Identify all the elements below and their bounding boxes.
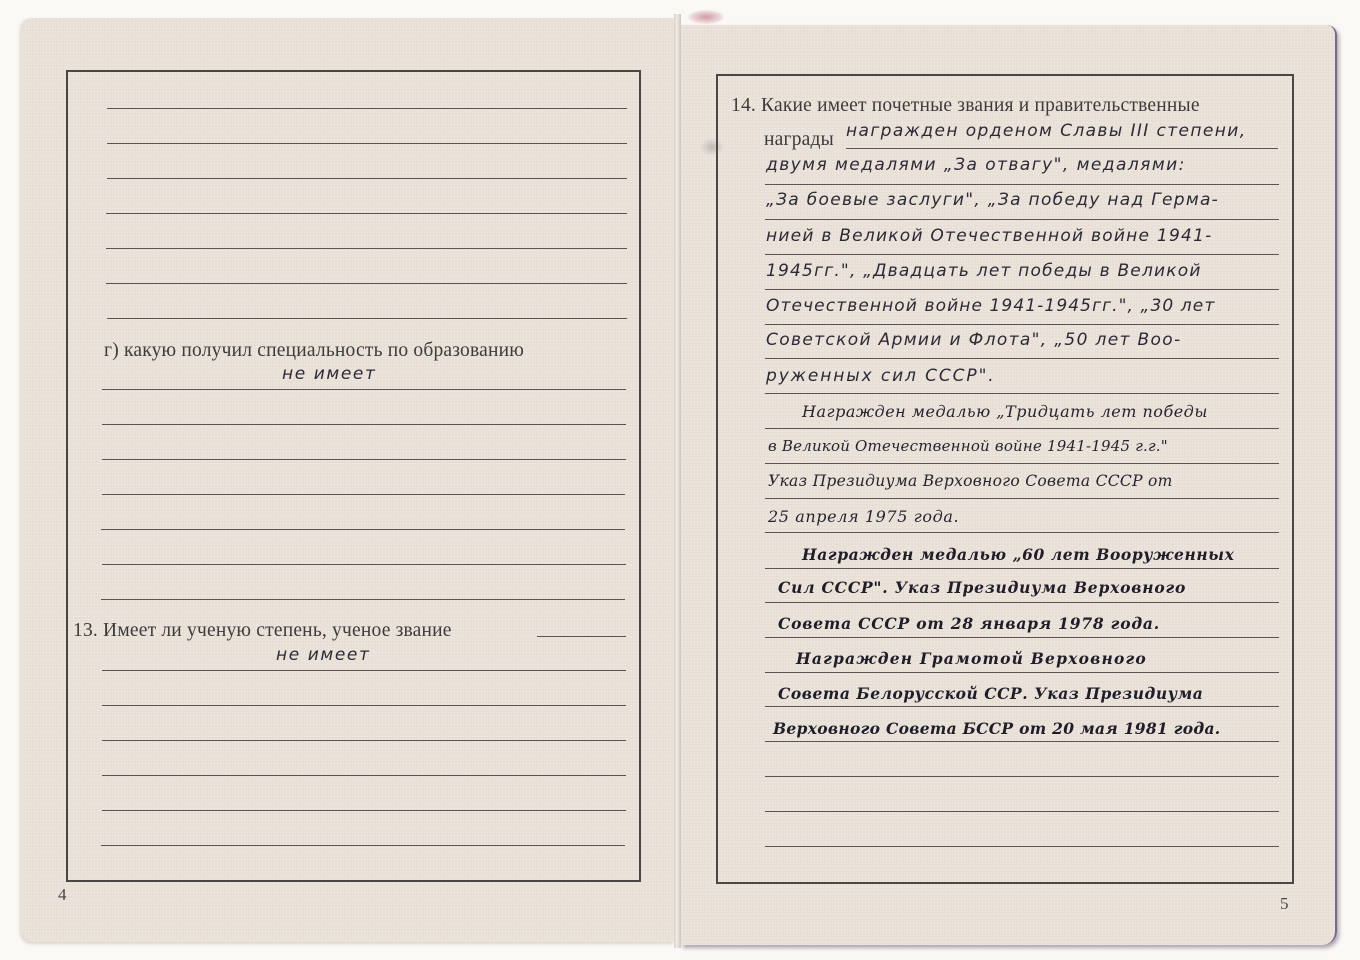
blank-rule [101,599,625,600]
answer-line: Награжден медалью „Тридцать лет победы [802,402,1208,421]
blank-rule [107,318,627,319]
answer-line: в Великой Отечественной войне 1941-1945 … [768,437,1168,455]
answer-rule [765,637,1279,638]
blank-rule [101,845,625,846]
blank-rule [102,424,626,425]
answer-rule [765,463,1279,464]
answer-rule [765,602,1279,603]
answer-line: Награжден Грамотой Верховного [796,649,1147,668]
blank-rule [102,740,626,741]
answer-line: „За боевые заслуги", „За победу над Герм… [766,190,1219,210]
blank-rule [107,108,627,109]
answer-rule [765,324,1279,325]
answer-rule [765,741,1279,742]
answer-rule [765,289,1279,290]
blank-rule [765,846,1279,847]
answer-line: 1945гг.", „Двадцать лет победы в Великой [766,261,1202,281]
answer-rule [765,532,1279,533]
answer-line: Награжден медалью „60 лет Вооруженных [802,545,1234,564]
answer-rule [102,389,626,390]
blank-rule [101,529,625,530]
answer-rule [765,428,1279,429]
answer-rule [765,219,1279,220]
answer-line: Совета Белорусской ССР. Указ Президиума [778,684,1203,703]
answer-line: Советской Армии и Флота", „50 лет Воо- [766,330,1182,350]
answer-rule [765,358,1279,359]
answer-line: двумя медалями „За отвагу", медалями: [766,155,1186,175]
item-14-label-line1: 14. Какие имеет почетные звания и правит… [731,95,1200,117]
answer-rule [846,148,1278,149]
answer-line: руженных сил СССР". [766,366,996,386]
page-number-left: 4 [58,885,67,905]
item-13-inline-rule [537,636,626,637]
blank-rule [102,705,626,706]
blank-rule [102,810,626,811]
answer-rule [102,670,626,671]
page-number-right: 5 [1280,894,1289,914]
item-14-label-line2: награды [764,129,834,151]
answer-line: Сил СССР". Указ Президиума Верховного [778,578,1186,597]
answer-rule [765,184,1279,185]
blank-rule [102,775,626,776]
blank-rule [765,811,1279,812]
answer-line: Совета СССР от 28 января 1978 года. [778,614,1160,633]
answer-line: Указ Президиума Верховного Совета СССР о… [768,472,1173,490]
item-13-label: 13. Имеет ли ученую степень, ученое зван… [73,620,452,642]
answer-line: награжден орденом Славы III степени, [846,121,1247,141]
blank-rule [106,283,627,284]
blank-rule [106,248,627,249]
answer-rule [765,498,1279,499]
answer-line: Верховного Совета БССР от 20 мая 1981 го… [773,719,1221,738]
item-g-answer: не имеет [282,364,376,384]
answer-rule [765,254,1279,255]
answer-line: Отечественной войне 1941-1945гг.", „30 л… [766,296,1215,316]
blank-rule [102,564,626,565]
blank-rule [107,143,627,144]
blank-rule [107,178,627,179]
item-g-label: г) какую получил специальность по образо… [104,340,524,362]
blank-rule [106,213,627,214]
answer-rule [765,393,1279,394]
item-13-answer: не имеет [276,645,370,665]
answer-line: 25 апреля 1975 года. [768,507,959,526]
answer-rule [765,672,1279,673]
answer-rule [765,568,1279,569]
binding-thread [688,10,724,24]
blank-rule [102,459,626,460]
answer-rule [765,706,1279,707]
blank-rule [102,494,625,495]
blank-rule [765,776,1279,777]
left-page-frame [66,70,641,882]
book-spine [674,14,681,948]
answer-line: нией в Великой Отечественной войне 1941- [766,226,1213,246]
